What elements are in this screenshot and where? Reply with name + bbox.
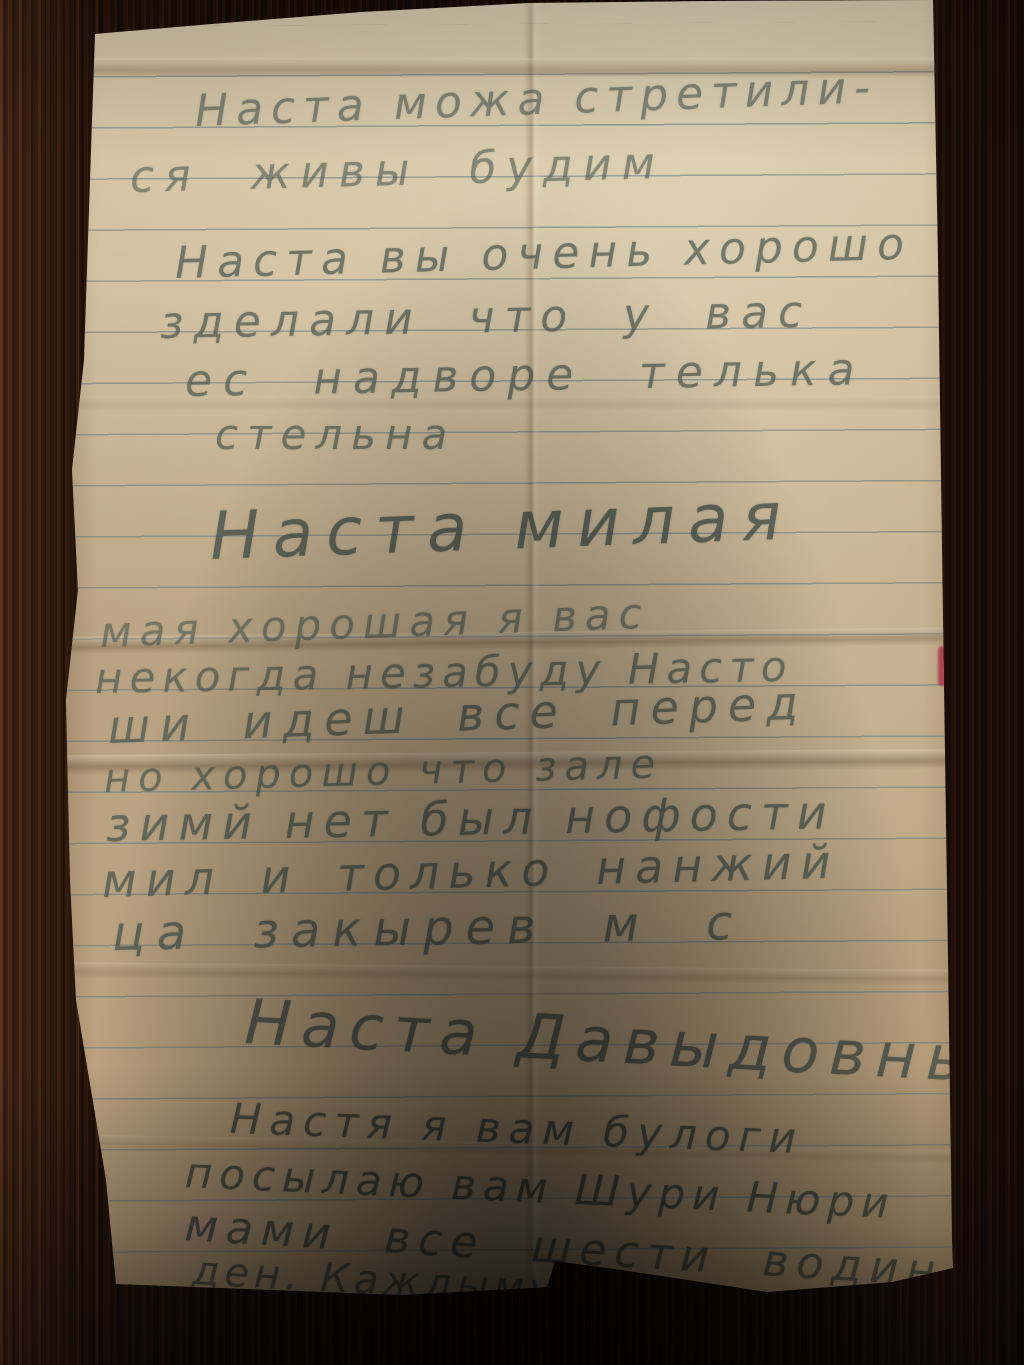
photo-of-letter: Наста можа стретили- ся живы будим Наста… xyxy=(0,0,1024,1365)
photo-vignette xyxy=(0,0,1024,1365)
